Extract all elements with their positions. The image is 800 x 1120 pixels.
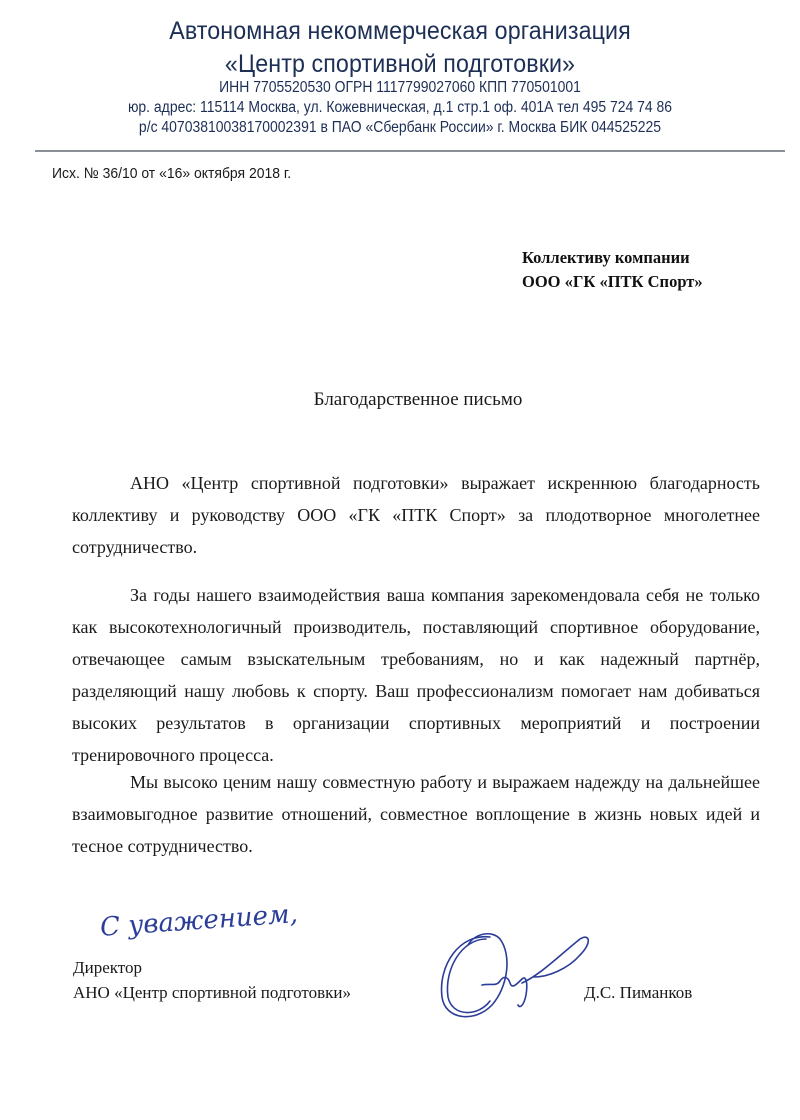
organization-name-line2: «Центр спортивной подготовки» (28, 50, 772, 79)
handwritten-closing: С уважением, (99, 899, 299, 943)
signatory-organization: АНО «Центр спортивной подготовки» (73, 983, 351, 1003)
bank-details: р/с 40703810038170002391 в ПАО «Сбербанк… (40, 119, 760, 137)
body-paragraph-3: Мы высоко ценим нашу совместную работу и… (72, 766, 760, 862)
addressee-line2: ООО «ГК «ПТК Спорт» (522, 270, 703, 294)
paragraph-text: АНО «Центр спортивной подготовки» выража… (72, 473, 760, 557)
letter-title: Благодарственное письмо (0, 389, 800, 411)
addressee-line1: Коллективу компании (522, 246, 703, 270)
legal-address: юр. адрес: 115114 Москва, ул. Кожевничес… (40, 99, 760, 117)
paragraph-text: За годы нашего взаимодействия ваша компа… (72, 585, 760, 765)
body-paragraph-1: АНО «Центр спортивной подготовки» выража… (72, 467, 760, 563)
addressee: Коллективу компании ООО «ГК «ПТК Спорт» (522, 246, 703, 294)
signatory-name: Д.С. Пиманков (584, 983, 692, 1003)
handwritten-signature-icon (430, 925, 600, 1025)
body-paragraph-2: За годы нашего взаимодействия ваша компа… (72, 579, 760, 771)
letterhead-divider (35, 150, 785, 152)
paragraph-text: Мы высоко ценим нашу совместную работу и… (72, 772, 760, 856)
outgoing-reference: Исх. № 36/10 от «16» октября 2018 г. (52, 165, 291, 182)
registration-numbers: ИНН 7705520530 ОГРН 1117799027060 КПП 77… (40, 79, 760, 97)
organization-name-line1: Автономная некоммерческая организация (28, 17, 772, 46)
signatory-role: Директор (73, 958, 142, 978)
